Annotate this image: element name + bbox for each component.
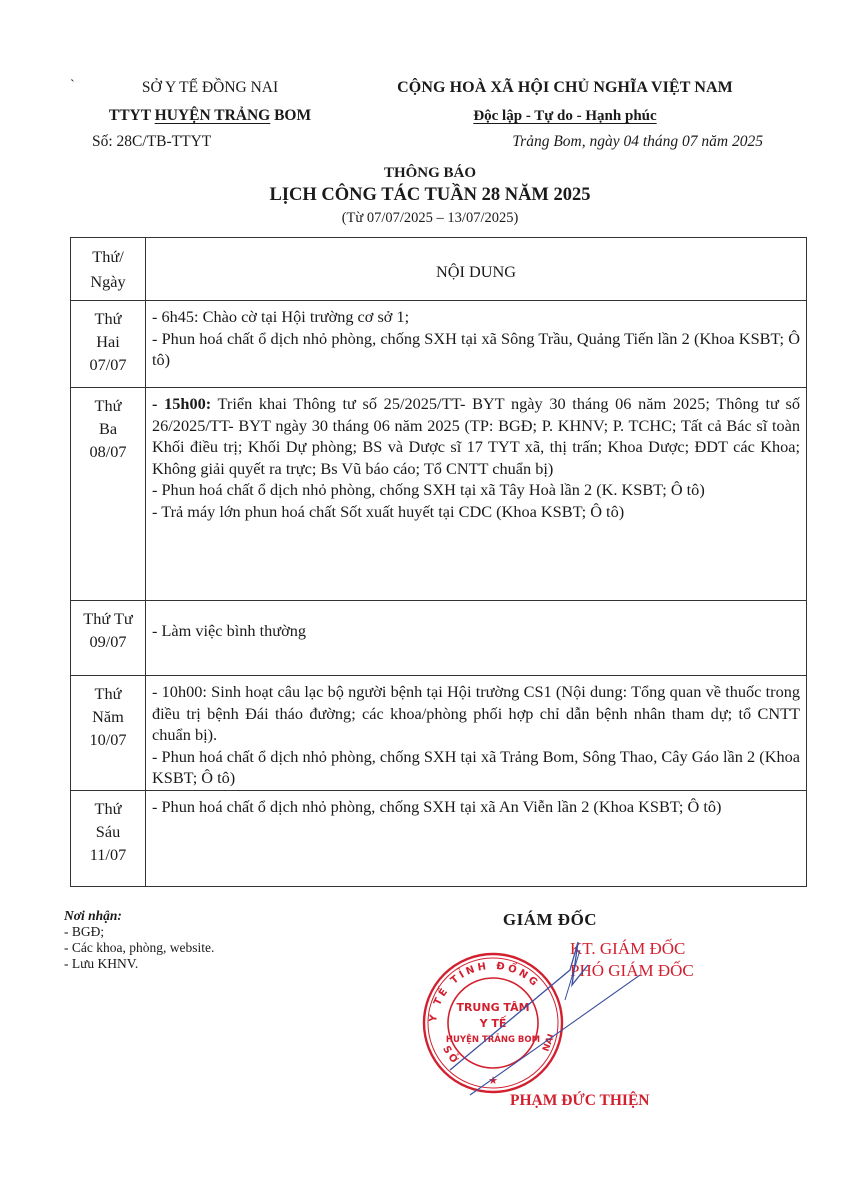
table-row: Thứ Sáu 11/07 - Phun hoá chất ổ dịch nhỏ… <box>71 791 807 887</box>
schedule-item: - Phun hoá chất ổ dịch nhỏ phòng, chống … <box>152 479 800 501</box>
table-row: Thứ Hai 07/07 - 6h45: Chào cờ tại Hội tr… <box>71 301 807 388</box>
nation-title: CỘNG HOÀ XÃ HỘI CHỦ NGHĨA VIỆT NAM <box>355 78 775 98</box>
date-range: (Từ 07/07/2025 – 13/07/2025) <box>150 208 710 228</box>
content-cell: - Phun hoá chất ổ dịch nhỏ phòng, chống … <box>146 791 807 887</box>
content-cell: - Làm việc bình thường <box>146 601 807 676</box>
schedule-item: - 10h00: Sinh hoạt câu lạc bộ người bệnh… <box>152 681 800 746</box>
document-type: THÔNG BÁO <box>150 163 710 183</box>
schedule-item: - Phun hoá chất ổ dịch nhỏ phòng, chống … <box>152 746 800 789</box>
day-cell: Thứ Ba 08/07 <box>71 388 146 601</box>
recipients-title: Nơi nhận: <box>64 908 214 924</box>
day-cell: Thứ Hai 07/07 <box>71 301 146 388</box>
schedule-item: - Phun hoá chất ổ dịch nhỏ phòng, chống … <box>152 328 800 371</box>
organization-name: TTYT HUYỆN TRẢNG BOM <box>60 106 360 126</box>
document-title: LỊCH CÔNG TÁC TUẦN 28 NĂM 2025 <box>150 183 710 207</box>
day-cell: Thứ Sáu 11/07 <box>71 791 146 887</box>
document-title-block: THÔNG BÁO LỊCH CÔNG TÁC TUẦN 28 NĂM 2025… <box>150 163 710 228</box>
schedule-table: Thứ/ Ngày NỘI DUNG Thứ Hai 07/07 - 6h45:… <box>70 237 807 887</box>
content-column-header: NỘI DUNG <box>146 238 807 301</box>
table-header-row: Thứ/ Ngày NỘI DUNG <box>71 238 807 301</box>
issuer-block: ` SỞ Y TẾ ĐỒNG NAI TTYT HUYỆN TRẢNG BOM … <box>60 78 360 152</box>
national-motto: Độc lập - Tự do - Hạnh phúc <box>355 106 775 126</box>
schedule-item: - Trả máy lớn phun hoá chất Sốt xuất huy… <box>152 501 800 523</box>
recipients-block: Nơi nhận: - BGĐ; - Các khoa, phòng, webs… <box>64 908 214 972</box>
signer-position: GIÁM ĐỐC <box>470 910 630 930</box>
schedule-item: - 6h45: Chào cờ tại Hội trường cơ sở 1; <box>152 306 800 328</box>
ministry-name: SỞ Y TẾ ĐỒNG NAI <box>142 79 278 96</box>
day-column-header: Thứ/ Ngày <box>71 238 146 301</box>
recipient-item: - Các khoa, phòng, website. <box>64 940 214 956</box>
schedule-item: - Làm việc bình thường <box>152 620 800 642</box>
schedule-item: - 15h00: Triển khai Thông tư số 25/2025/… <box>152 393 800 479</box>
recipient-item: - Lưu KHNV. <box>64 956 214 972</box>
day-cell: Thứ Năm 10/07 <box>71 676 146 791</box>
content-cell: - 10h00: Sinh hoạt câu lạc bộ người bệnh… <box>146 676 807 791</box>
day-cell: Thứ Tư 09/07 <box>71 601 146 676</box>
table-row: Thứ Ba 08/07 - 15h00: Triển khai Thông t… <box>71 388 807 601</box>
recipient-item: - BGĐ; <box>64 924 214 940</box>
place-and-date: Trảng Bom, ngày 04 tháng 07 năm 2025 <box>355 132 775 152</box>
document-number: Số: 28C/TB-TTYT <box>60 132 360 152</box>
table-row: Thứ Năm 10/07 - 10h00: Sinh hoạt câu lạc… <box>71 676 807 791</box>
content-cell: - 15h00: Triển khai Thông tư số 25/2025/… <box>146 388 807 601</box>
national-header: CỘNG HOÀ XÃ HỘI CHỦ NGHĨA VIỆT NAM Độc l… <box>355 78 775 152</box>
table-row: Thứ Tư 09/07 - Làm việc bình thường <box>71 601 807 676</box>
stray-mark: ` <box>70 76 75 96</box>
content-cell: - 6h45: Chào cờ tại Hội trường cơ sở 1; … <box>146 301 807 388</box>
schedule-item: - Phun hoá chất ổ dịch nhỏ phòng, chống … <box>152 796 800 818</box>
handwritten-signature-icon <box>420 930 670 1100</box>
